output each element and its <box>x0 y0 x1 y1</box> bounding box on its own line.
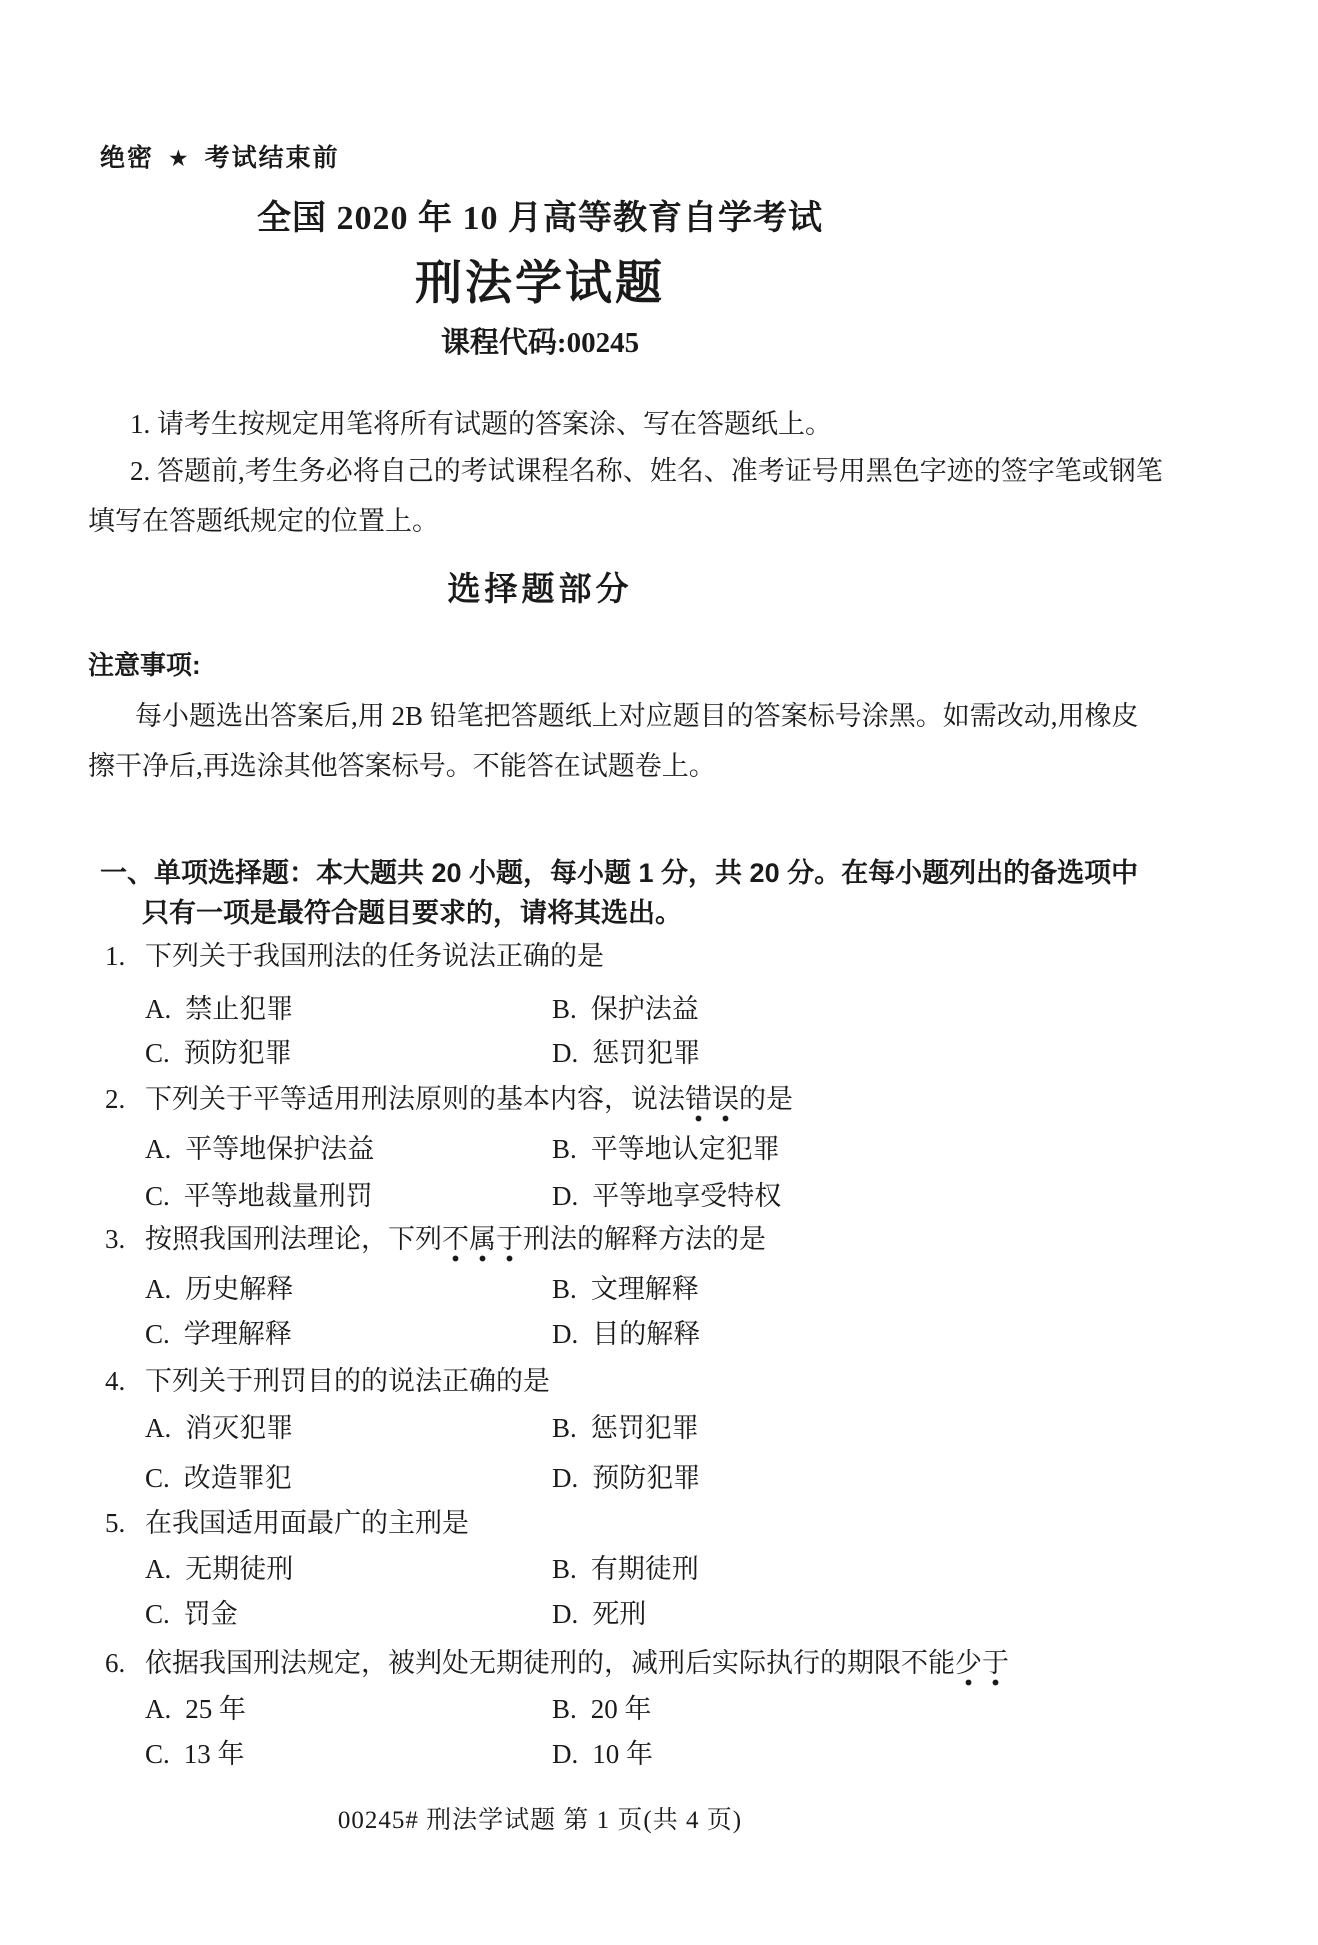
option-a: A.平等地保护法益 <box>145 1127 374 1166</box>
page-footer: 00245# 刑法学试题 第 1 页(共 4 页) <box>0 1800 1080 1836</box>
notice-line1: 每小题选出答案后,用 2B 铅笔把答题纸上对应题目的答案标号涂黑。如需改动,用橡… <box>135 694 1139 733</box>
option-a: A.消灭犯罪 <box>145 1406 293 1445</box>
question-number: 1. <box>105 941 145 972</box>
question-1: 1.下列关于我国刑法的任务说法正确的是 <box>105 934 604 973</box>
option-label: C. <box>145 1181 170 1212</box>
classification-time-label: 考试结束前 <box>205 144 340 172</box>
option-label: D. <box>552 1181 578 1212</box>
course-code: 课程代码:00245 <box>0 320 1080 361</box>
option-text: 学理解释 <box>184 1319 292 1349</box>
option-b: B.保护法益 <box>552 987 699 1026</box>
question-4: 4.下列关于刑罚目的的说法正确的是 <box>105 1359 550 1398</box>
option-text: 10 年 <box>592 1739 653 1769</box>
option-text: 文理解释 <box>591 1274 699 1304</box>
option-label: C. <box>145 1319 170 1350</box>
classification-label: 绝密 <box>100 144 154 172</box>
option-label: A. <box>145 1413 171 1444</box>
option-label: D. <box>552 1038 578 1069</box>
option-text: 惩罚犯罪 <box>592 1038 700 1068</box>
option-c: C.学理解释 <box>145 1312 292 1351</box>
option-c: C.改造罪犯 <box>145 1456 292 1495</box>
instruction-2-line2: 填写在答题纸规定的位置上。 <box>88 499 439 538</box>
subject-title: 刑法学试题 <box>0 246 1080 313</box>
notice-line2: 擦干净后,再选涂其他答案标号。不能答在试题卷上。 <box>88 744 716 783</box>
option-text: 罚金 <box>184 1599 238 1629</box>
instruction-1: 1. 请考生按规定用笔将所有试题的答案涂、写在答题纸上。 <box>130 402 832 441</box>
question-5: 5.在我国适用面最广的主刑是 <box>105 1501 469 1540</box>
question-2: 2.下列关于平等适用刑法原则的基本内容，说法错误的是 <box>105 1077 793 1116</box>
option-label: B. <box>552 994 577 1025</box>
option-label: B. <box>552 1274 577 1305</box>
option-label: A. <box>145 1134 171 1165</box>
option-label: C. <box>145 1038 170 1069</box>
option-a: A.25 年 <box>145 1687 246 1726</box>
question-number: 3. <box>105 1224 145 1255</box>
option-label: C. <box>145 1599 170 1630</box>
option-label: B. <box>552 1134 577 1165</box>
question-stem: 下列关于平等适用刑法原则的基本内容，说法错误的是 <box>145 1084 793 1123</box>
option-text: 历史解释 <box>185 1274 293 1304</box>
option-text: 平等地保护法益 <box>185 1134 374 1164</box>
option-c: C.预防犯罪 <box>145 1031 292 1070</box>
option-text: 改造罪犯 <box>184 1463 292 1493</box>
option-label: C. <box>145 1739 170 1770</box>
option-d: D.预防犯罪 <box>552 1456 700 1495</box>
part-heading-line2: 只有一项是最符合题目要求的，请将其选出。 <box>142 891 682 930</box>
option-text: 平等地享受特权 <box>592 1181 781 1211</box>
option-label: A. <box>145 1694 171 1725</box>
option-text: 目的解释 <box>592 1319 700 1349</box>
option-label: C. <box>145 1463 170 1494</box>
classification-banner: 绝密★考试结束前 <box>100 138 340 174</box>
option-text: 消灭犯罪 <box>185 1413 293 1443</box>
option-text: 平等地裁量刑罚 <box>184 1181 373 1211</box>
option-b: B.有期徒刑 <box>552 1547 699 1586</box>
option-d: D.惩罚犯罪 <box>552 1031 700 1070</box>
question-stem: 下列关于我国刑法的任务说法正确的是 <box>145 941 604 971</box>
option-text: 13 年 <box>184 1739 245 1769</box>
instruction-2-line1: 2. 答题前,考生务必将自己的考试课程名称、姓名、准考证号用黑色字迹的签字笔或钢… <box>130 449 1163 488</box>
option-text: 25 年 <box>185 1694 246 1724</box>
option-c: C.平等地裁量刑罚 <box>145 1174 373 1213</box>
option-label: A. <box>145 1554 171 1585</box>
option-b: B.文理解释 <box>552 1267 699 1306</box>
emphasized-text: 错误 <box>685 1084 739 1123</box>
option-label: D. <box>552 1739 578 1770</box>
option-label: B. <box>552 1694 577 1725</box>
star-icon: ★ <box>168 145 191 171</box>
option-a: A.禁止犯罪 <box>145 987 293 1026</box>
option-text: 预防犯罪 <box>184 1038 292 1068</box>
section-title: 选择题部分 <box>0 563 1080 610</box>
emphasized-text: 不属于 <box>442 1224 523 1263</box>
option-b: B.平等地认定犯罪 <box>552 1127 780 1166</box>
option-d: D.死刑 <box>552 1592 646 1631</box>
option-c: C.13 年 <box>145 1732 245 1771</box>
emphasized-text: 少于 <box>955 1648 1009 1687</box>
question-stem: 下列关于刑罚目的的说法正确的是 <box>145 1366 550 1396</box>
option-text: 禁止犯罪 <box>185 994 293 1024</box>
option-label: A. <box>145 1274 171 1305</box>
option-text: 死刑 <box>592 1599 646 1629</box>
option-b: B.惩罚犯罪 <box>552 1406 699 1445</box>
option-label: B. <box>552 1413 577 1444</box>
question-number: 6. <box>105 1648 145 1679</box>
option-c: C.罚金 <box>145 1592 238 1631</box>
option-a: A.无期徒刑 <box>145 1547 293 1586</box>
option-label: D. <box>552 1463 578 1494</box>
part-heading-line1: 一、单项选择题：本大题共 20 小题，每小题 1 分，共 20 分。在每小题列出… <box>100 851 1138 890</box>
option-text: 20 年 <box>591 1694 652 1724</box>
option-d: D.平等地享受特权 <box>552 1174 781 1213</box>
option-text: 无期徒刑 <box>185 1554 293 1584</box>
option-text: 惩罚犯罪 <box>591 1413 699 1443</box>
question-stem: 在我国适用面最广的主刑是 <box>145 1508 469 1538</box>
exam-title: 全国 2020 年 10 月高等教育自学考试 <box>0 190 1080 239</box>
option-text: 有期徒刑 <box>591 1554 699 1584</box>
option-b: B.20 年 <box>552 1687 652 1726</box>
option-text: 保护法益 <box>591 994 699 1024</box>
option-label: D. <box>552 1599 578 1630</box>
question-stem: 按照我国刑法理论，下列不属于刑法的解释方法的是 <box>145 1224 766 1263</box>
option-text: 平等地认定犯罪 <box>591 1134 780 1164</box>
notice-heading: 注意事项: <box>88 645 201 682</box>
question-3: 3.按照我国刑法理论，下列不属于刑法的解释方法的是 <box>105 1217 766 1256</box>
question-stem: 依据我国刑法规定，被判处无期徒刑的，减刑后实际执行的期限不能少于 <box>145 1648 1009 1687</box>
question-number: 4. <box>105 1366 145 1397</box>
option-label: D. <box>552 1319 578 1350</box>
option-d: D.10 年 <box>552 1732 653 1771</box>
question-6: 6.依据我国刑法规定，被判处无期徒刑的，减刑后实际执行的期限不能少于 <box>105 1641 1009 1680</box>
option-label: B. <box>552 1554 577 1585</box>
option-label: A. <box>145 994 171 1025</box>
question-number: 2. <box>105 1084 145 1115</box>
exam-paper-page: 绝密★考试结束前 全国 2020 年 10 月高等教育自学考试 刑法学试题 课程… <box>0 0 1318 1945</box>
question-number: 5. <box>105 1508 145 1539</box>
option-a: A.历史解释 <box>145 1267 293 1306</box>
option-text: 预防犯罪 <box>592 1463 700 1493</box>
option-d: D.目的解释 <box>552 1312 700 1351</box>
